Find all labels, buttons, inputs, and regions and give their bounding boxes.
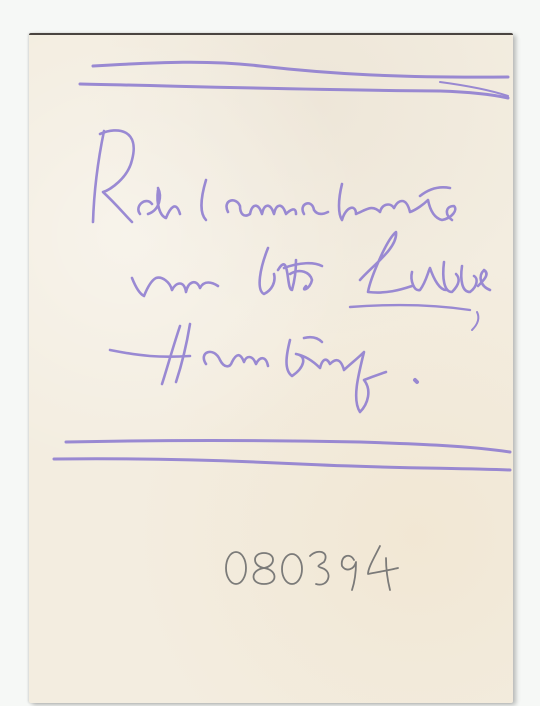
bottom-rule-2 bbox=[54, 459, 510, 470]
handwriting-line-2 bbox=[132, 232, 490, 330]
top-rule-2 bbox=[80, 84, 508, 98]
ink-layer bbox=[0, 0, 540, 706]
top-rule-1 bbox=[93, 62, 508, 77]
handwriting-line-1 bbox=[93, 130, 455, 222]
pencil-catalog-number bbox=[226, 546, 398, 590]
bottom-rule-1 bbox=[66, 441, 510, 453]
underline bbox=[350, 305, 470, 310]
handwriting-line-3 bbox=[110, 324, 417, 412]
